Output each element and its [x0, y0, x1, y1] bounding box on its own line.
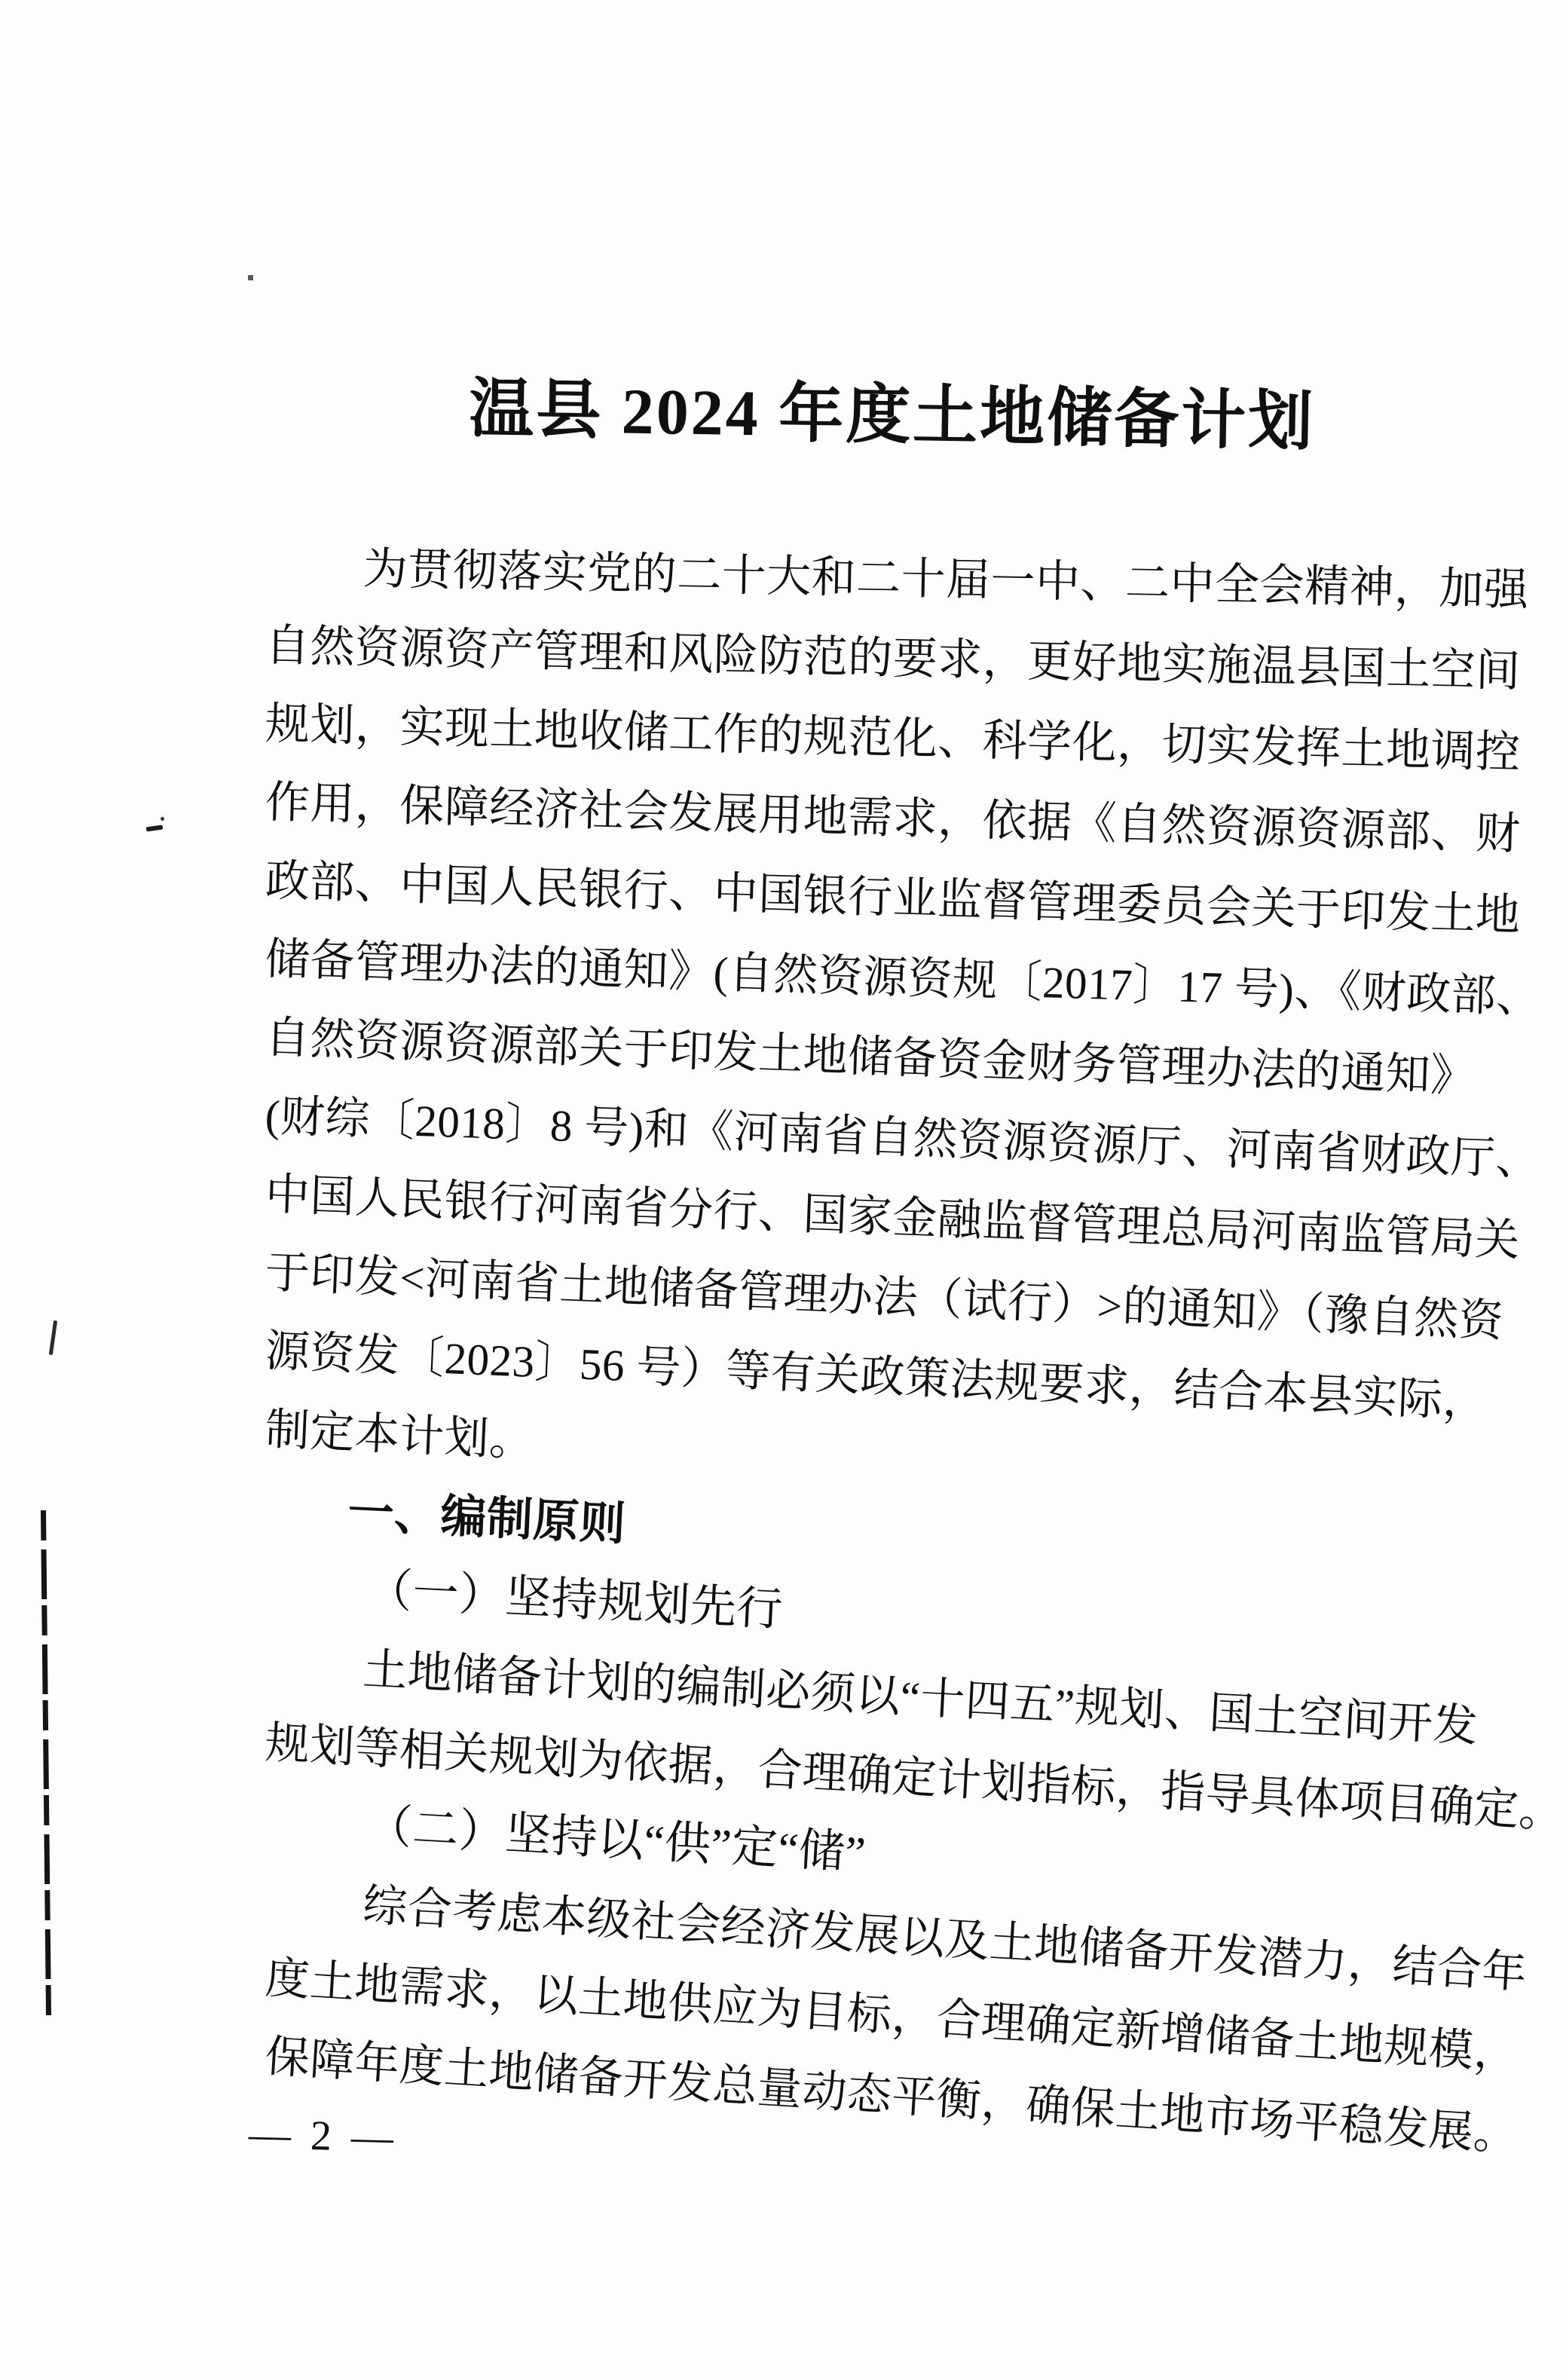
scan-artifact-dash-dot	[161, 817, 164, 821]
scanned-page: 温县 2024 年度土地储备计划 为贯彻落实党的二十大和二十届一中、二中全会精神…	[0, 0, 1566, 2380]
document-body: 为贯彻落实党的二十大和二十届一中、二中全会精神，加强 自然资源资产管理和风险防范…	[265, 528, 1522, 2095]
scan-artifact-dot	[248, 275, 253, 280]
scan-artifact-vertical-line	[41, 1510, 51, 2020]
document-title: 温县 2024 年度土地储备计划	[263, 353, 1522, 466]
scan-artifact-tick	[49, 1320, 57, 1355]
page-number: — 2 —	[248, 2110, 399, 2162]
scan-artifact-dash	[146, 824, 164, 831]
